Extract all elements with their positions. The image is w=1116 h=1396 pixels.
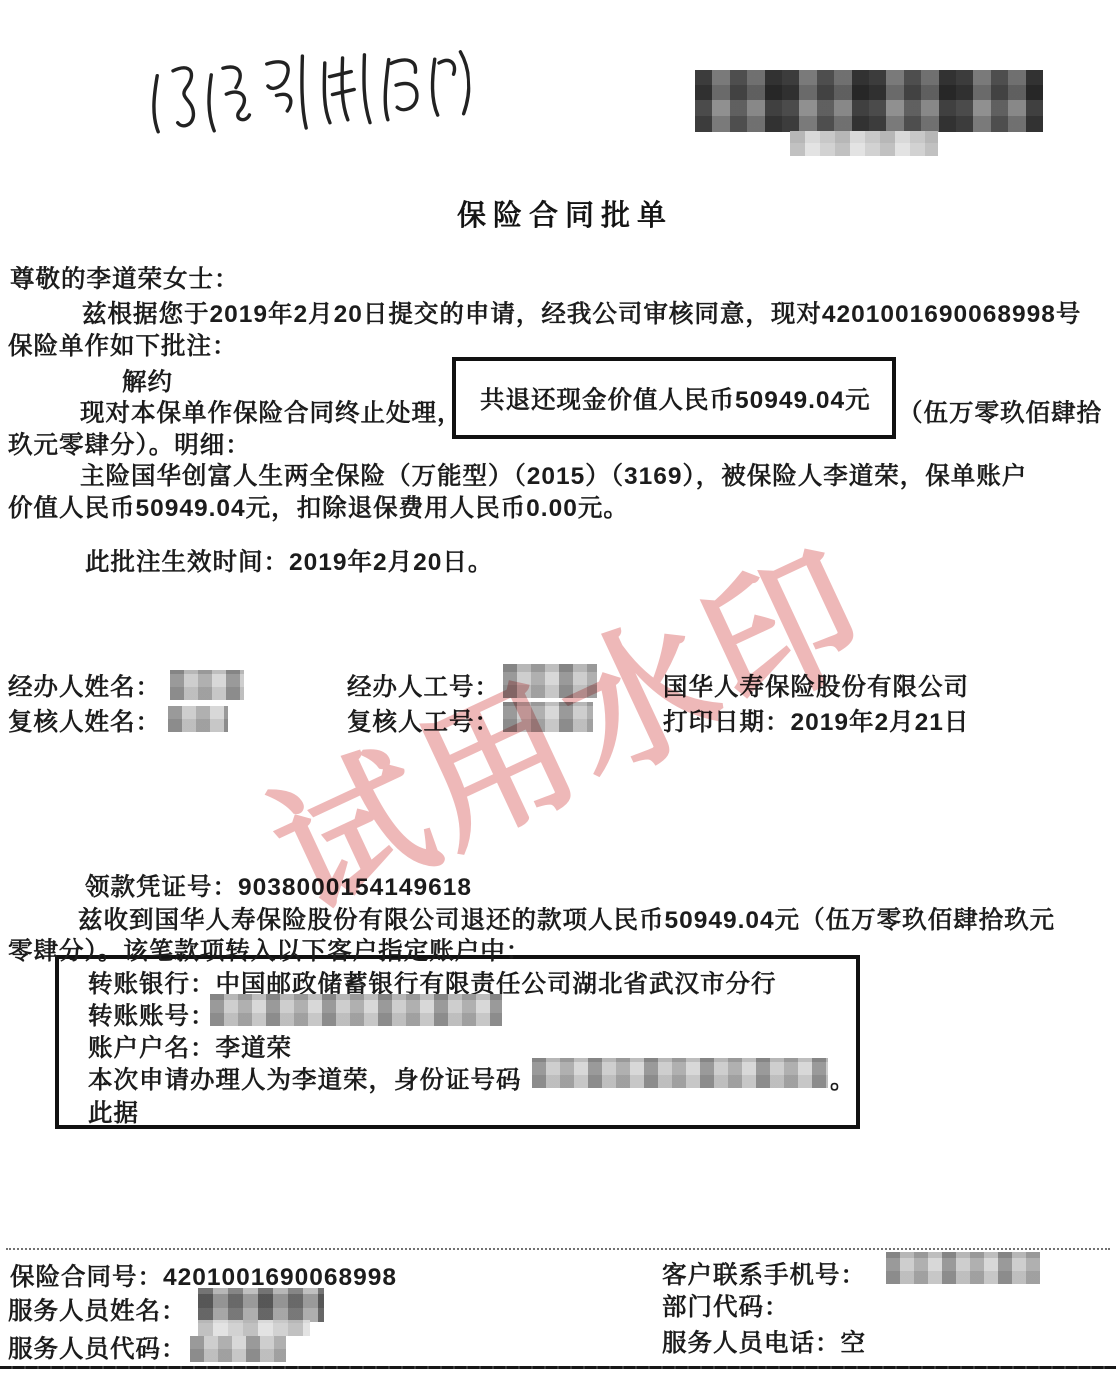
- footer-dotted-separator: [6, 1248, 1110, 1250]
- staff-code-label: 服务人员代码：: [8, 1330, 187, 1365]
- received-line-1: 兹收到国华人寿保险股份有限公司退还的款项人民币50949.04元（伍万零玖佰肆拾…: [78, 901, 1055, 936]
- applicant-line-period: 。: [830, 1061, 856, 1096]
- section-title-termination: 解约: [122, 363, 173, 398]
- account-holder-line: 账户户名：李道荣: [88, 1029, 292, 1064]
- transfer-account-label: 转账账号：: [88, 997, 216, 1032]
- redacted-company-stamp-subline: [790, 131, 938, 156]
- staff-phone-line: 服务人员电话：空: [662, 1324, 866, 1359]
- intro-line-2: 保险单作如下批注：: [8, 327, 238, 362]
- redacted-handler-id: [503, 664, 597, 698]
- intro-line-1: 兹根据您于2019年2月20日提交的申请，经我公司审核同意，现对42010016…: [82, 295, 1081, 330]
- redacted-customer-mobile: [886, 1252, 1040, 1284]
- redacted-account-number: [210, 994, 502, 1026]
- handler-id-label: 经办人工号：: [347, 668, 500, 703]
- reviewer-id-label: 复核人工号：: [347, 703, 500, 738]
- detail-line-2: 价值人民币50949.04元，扣除退保费用人民币0.00元。: [8, 489, 629, 524]
- refund-tail-line-2: 玖元零肆分）。明细：: [8, 426, 251, 461]
- reviewer-name-label: 复核人姓名：: [8, 703, 161, 738]
- redacted-reviewer-id: [503, 702, 593, 732]
- voucher-number-line: 领款凭证号：9038000154149618: [85, 868, 472, 903]
- footer-bottom-rule: [0, 1366, 1116, 1369]
- applicant-line-prefix: 本次申请办理人为李道荣，身份证号码: [88, 1061, 522, 1096]
- effective-date-line: 此批注生效时间：2019年2月20日。: [85, 543, 493, 578]
- detail-line-1: 主险国华创富人生两全保险（万能型）（2015）（3169），被保险人李道荣，保单…: [80, 457, 1027, 492]
- customer-mobile-label: 客户联系手机号：: [662, 1256, 866, 1291]
- department-code-label: 部门代码：: [662, 1288, 790, 1323]
- refund-tail-line-1: （伍万零玖佰肆拾: [898, 394, 1102, 429]
- page-title: 保险合同批单: [457, 193, 673, 234]
- redacted-staff-name-tail: [198, 1320, 310, 1336]
- redacted-id-number: [532, 1058, 828, 1088]
- print-date: 打印日期：2019年2月21日: [663, 703, 969, 738]
- closing-word: 此据: [88, 1094, 139, 1129]
- salutation: 尊敬的李道荣女士：: [10, 260, 240, 295]
- company-name: 国华人寿保险股份有限公司: [663, 668, 969, 703]
- received-line-2: 零肆分）。该笔款项转入以下客户指定账户中：: [8, 932, 531, 967]
- scanned-insurance-endorsement-page: 保险合同批单 尊敬的李道荣女士： 兹根据您于2019年2月20日提交的申请，经我…: [0, 0, 1116, 1396]
- redacted-company-stamp: [695, 70, 1043, 132]
- redacted-handler-name: [170, 670, 244, 700]
- redacted-staff-code: [190, 1336, 286, 1362]
- handwritten-note: [137, 25, 472, 147]
- refund-amount-text: 共退还现金价值人民币50949.04元: [480, 381, 871, 416]
- termination-line-prefix: 现对本保单作保险合同终止处理，: [80, 394, 463, 429]
- staff-name-label: 服务人员姓名：: [8, 1292, 187, 1327]
- handwriting-scribble: [137, 25, 472, 142]
- redacted-staff-name: [198, 1288, 324, 1322]
- refund-amount-box: 共退还现金价值人民币50949.04元: [452, 357, 896, 439]
- redacted-reviewer-name: [168, 706, 228, 732]
- handler-name-label: 经办人姓名：: [8, 668, 161, 703]
